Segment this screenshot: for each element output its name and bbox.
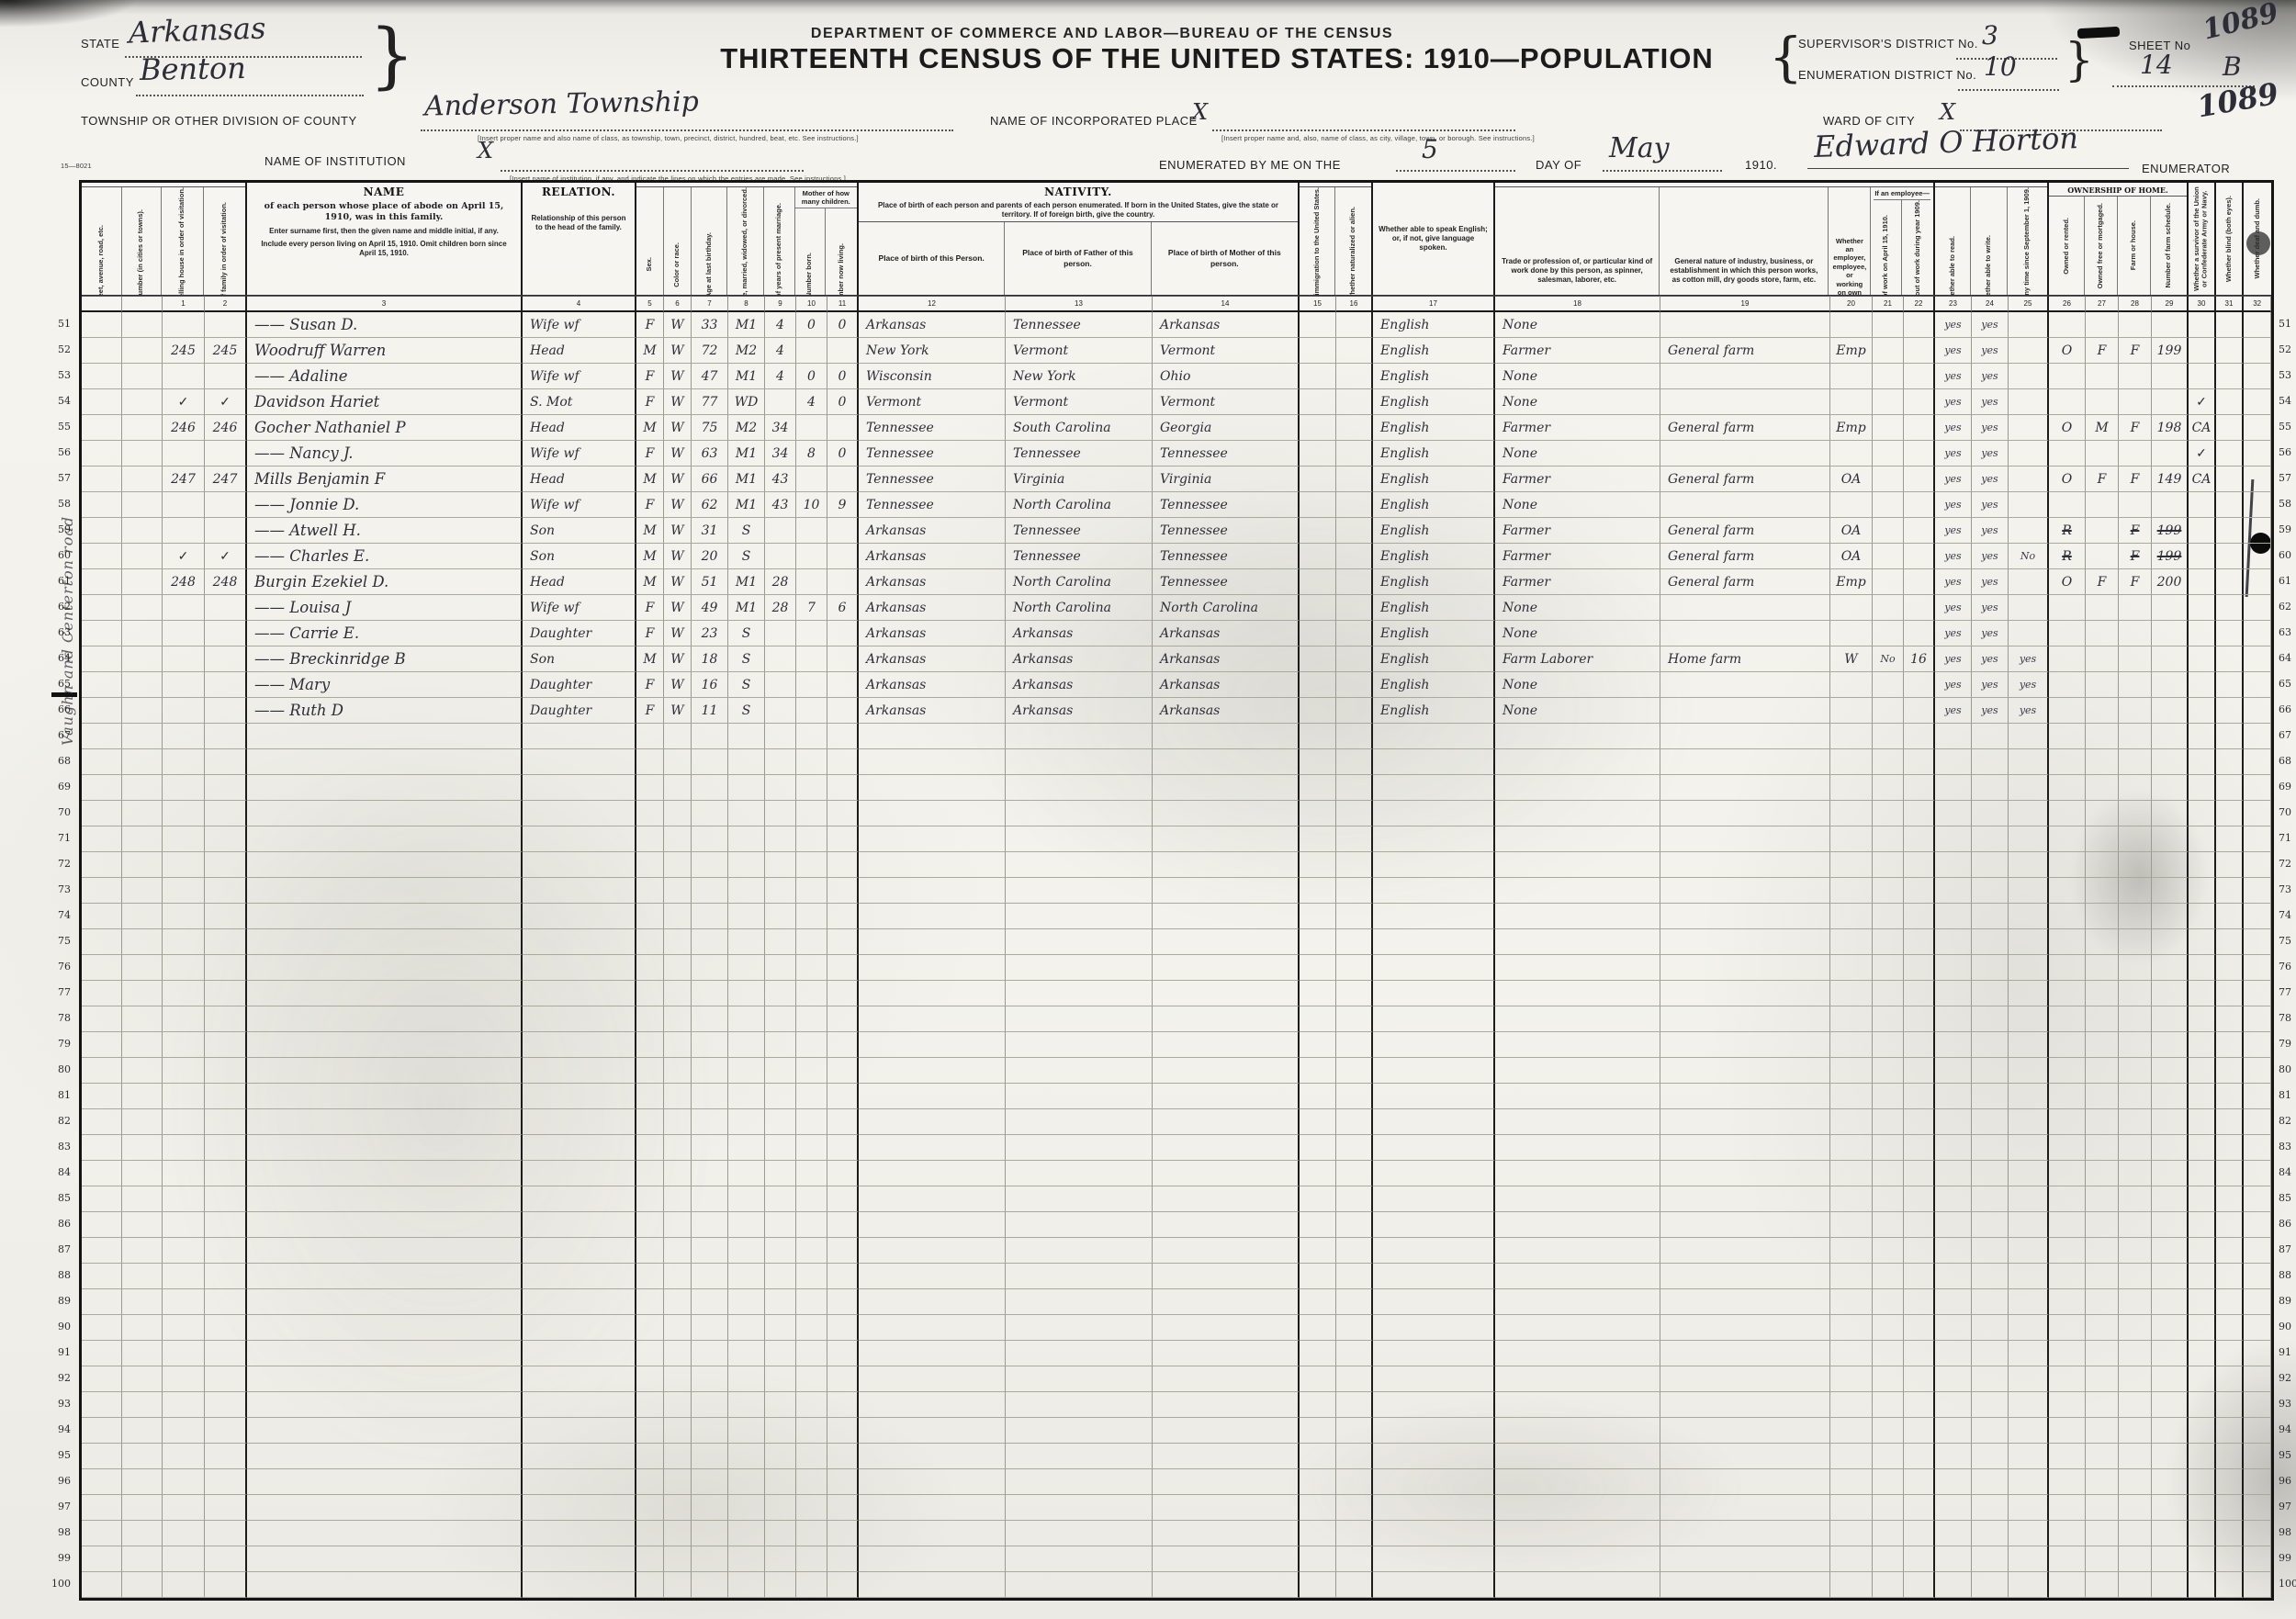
cell-dwelling	[163, 518, 205, 544]
sheet-number-value: 14	[2140, 50, 2173, 80]
cell-free	[2086, 1341, 2119, 1366]
cell-years	[765, 544, 796, 569]
cell-family	[205, 1109, 247, 1135]
census-row-58: —— Jonnie D.Wife wfFW62M143109TennesseeN…	[82, 492, 2271, 518]
census-row-62: —— Louisa JWife wfFW49M12876ArkansasNort…	[82, 595, 2271, 621]
cell-read	[1935, 1186, 1972, 1212]
cell-immig	[1300, 929, 1336, 955]
cell-write: yes	[1972, 312, 2009, 338]
cell-english	[1373, 1418, 1495, 1444]
cell-age	[692, 1186, 728, 1212]
cell-color	[664, 826, 692, 852]
cell-schedule	[2152, 1006, 2189, 1032]
cell-born	[796, 698, 827, 724]
cell-schedule	[2152, 1109, 2189, 1135]
cell-read: yes	[1935, 312, 1972, 338]
cell-color	[664, 1186, 692, 1212]
column-number: 21	[1873, 296, 1904, 312]
cell-years	[765, 1341, 796, 1366]
line-number: 77	[48, 980, 73, 1006]
cell-employer	[1830, 1341, 1873, 1366]
cell-street	[82, 672, 122, 698]
cell-employer	[1830, 672, 1873, 698]
cell-dwelling	[163, 1058, 205, 1084]
cell-house	[122, 775, 163, 801]
cell-marital	[728, 1135, 765, 1161]
cell-farm	[2119, 492, 2152, 518]
cell-owned	[2049, 1186, 2086, 1212]
cell-mob: Tennessee	[1153, 544, 1300, 569]
cell-english	[1373, 1521, 1495, 1546]
cell-blind	[2216, 518, 2244, 544]
cell-industry	[1660, 364, 1830, 389]
cell-relation	[523, 724, 636, 749]
name-desc-1: of each person whose place of abode on A…	[247, 199, 521, 225]
cell-weeks	[1904, 1495, 1935, 1521]
cell-write: yes	[1972, 338, 2009, 364]
cell-fob	[1006, 1084, 1153, 1109]
cell-pob	[859, 1212, 1006, 1238]
cell-natur	[1336, 621, 1373, 646]
cell-survivor	[2189, 1212, 2216, 1238]
cell-free	[2086, 904, 2119, 929]
enumeration-district-value: 10	[1984, 51, 2017, 82]
cell-marital: M1	[728, 492, 765, 518]
cell-color: W	[664, 364, 692, 389]
cell-pob	[859, 1444, 1006, 1469]
cell-years	[765, 1366, 796, 1392]
column-number: 10	[796, 296, 827, 312]
cell-english	[1373, 878, 1495, 904]
cell-name: —— Jonnie D.	[247, 492, 523, 518]
cell-pob	[859, 826, 1006, 852]
cell-farm	[2119, 1546, 2152, 1572]
cell-farm	[2119, 672, 2152, 698]
cell-owned	[2049, 1109, 2086, 1135]
cell-free	[2086, 981, 2119, 1006]
line-number: 69	[2276, 774, 2296, 800]
col-children-born-header: Number born.	[805, 253, 814, 295]
cell-deaf	[2244, 1289, 2271, 1315]
census-row-94	[82, 1418, 2271, 1444]
cell-street	[82, 1135, 122, 1161]
cell-years	[765, 801, 796, 826]
cell-read: yes	[1935, 389, 1972, 415]
cell-born	[796, 1444, 827, 1469]
cell-school	[2009, 826, 2049, 852]
cell-natur	[1336, 1006, 1373, 1032]
cell-age	[692, 929, 728, 955]
cell-industry	[1660, 1341, 1830, 1366]
cell-relation	[523, 852, 636, 878]
cell-free	[2086, 1546, 2119, 1572]
cell-blind	[2216, 801, 2244, 826]
cell-born	[796, 852, 827, 878]
cell-dwelling	[163, 826, 205, 852]
cell-deaf	[2244, 1341, 2271, 1366]
cell-years	[765, 1058, 796, 1084]
cell-employer	[1830, 1418, 1873, 1444]
cell-street	[82, 1238, 122, 1264]
cell-industry: General farm	[1660, 544, 1830, 569]
cell-relation	[523, 1109, 636, 1135]
cell-survivor	[2189, 1264, 2216, 1289]
cell-color	[664, 1109, 692, 1135]
cell-industry	[1660, 955, 1830, 981]
census-row-69	[82, 775, 2271, 801]
cell-years	[765, 1135, 796, 1161]
cell-weeks	[1904, 1058, 1935, 1084]
cell-free: F	[2086, 569, 2119, 595]
cell-name: —— Louisa J	[247, 595, 523, 621]
cell-survivor	[2189, 338, 2216, 364]
cell-color	[664, 1161, 692, 1186]
cell-school	[2009, 1186, 2049, 1212]
cell-years	[765, 929, 796, 955]
cell-marital: S	[728, 698, 765, 724]
cell-owned	[2049, 749, 2086, 775]
cell-years	[765, 1546, 796, 1572]
cell-age: 63	[692, 441, 728, 467]
cell-living	[827, 1161, 859, 1186]
census-row-79	[82, 1032, 2271, 1058]
cell-farm	[2119, 441, 2152, 467]
cell-industry	[1660, 621, 1830, 646]
cell-owned	[2049, 364, 2086, 389]
cell-write	[1972, 1418, 2009, 1444]
cell-survivor	[2189, 1161, 2216, 1186]
cell-relation	[523, 801, 636, 826]
line-number: 68	[2276, 748, 2296, 774]
cell-relation	[523, 1366, 636, 1392]
column-number: 8	[728, 296, 765, 312]
cell-age: 20	[692, 544, 728, 569]
cell-outwork	[1873, 1109, 1904, 1135]
cell-born	[796, 749, 827, 775]
cell-born: 10	[796, 492, 827, 518]
cell-street	[82, 1495, 122, 1521]
line-number: 89	[2276, 1288, 2296, 1314]
cell-marital: M2	[728, 338, 765, 364]
cell-write	[1972, 1546, 2009, 1572]
cell-outwork	[1873, 852, 1904, 878]
cell-immig	[1300, 698, 1336, 724]
cell-dwelling	[163, 904, 205, 929]
census-row-57: 247247Mills Benjamin FHeadMW66M143Tennes…	[82, 467, 2271, 492]
cell-street	[82, 1572, 122, 1598]
cell-trade	[1495, 1058, 1660, 1084]
cell-deaf	[2244, 1546, 2271, 1572]
cell-immig	[1300, 749, 1336, 775]
cell-marital	[728, 1418, 765, 1444]
line-number: 98	[2276, 1520, 2296, 1546]
cell-owned	[2049, 595, 2086, 621]
cell-marital: S	[728, 544, 765, 569]
line-number: 61	[2276, 568, 2296, 594]
cell-employer	[1830, 1161, 1873, 1186]
cell-employer	[1830, 1238, 1873, 1264]
cell-blind	[2216, 1495, 2244, 1521]
cell-trade	[1495, 1469, 1660, 1495]
cell-dwelling	[163, 1212, 205, 1238]
cell-mob	[1153, 1444, 1300, 1469]
cell-english: English	[1373, 595, 1495, 621]
cell-outwork	[1873, 569, 1904, 595]
cell-natur	[1336, 724, 1373, 749]
cell-street	[82, 569, 122, 595]
cell-school	[2009, 338, 2049, 364]
cell-house	[122, 1392, 163, 1418]
cell-years	[765, 1212, 796, 1238]
cell-free	[2086, 698, 2119, 724]
column-number: 18	[1495, 296, 1660, 312]
cell-marital	[728, 775, 765, 801]
cell-free	[2086, 1315, 2119, 1341]
cell-employer	[1830, 595, 1873, 621]
cell-deaf	[2244, 621, 2271, 646]
cell-mob: Georgia	[1153, 415, 1300, 441]
cell-house	[122, 1546, 163, 1572]
cell-weeks	[1904, 904, 1935, 929]
cell-trade	[1495, 1289, 1660, 1315]
cell-employer	[1830, 1186, 1873, 1212]
cell-dwelling	[163, 1161, 205, 1186]
cell-age	[692, 852, 728, 878]
line-number: 92	[48, 1366, 73, 1391]
cell-age	[692, 981, 728, 1006]
cell-fob	[1006, 1006, 1153, 1032]
cell-name	[247, 981, 523, 1006]
cell-mob	[1153, 1418, 1300, 1444]
cell-industry	[1660, 1289, 1830, 1315]
cell-weeks	[1904, 878, 1935, 904]
census-row-77	[82, 981, 2271, 1006]
cell-blind	[2216, 1238, 2244, 1264]
census-row-83	[82, 1135, 2271, 1161]
cell-color: W	[664, 544, 692, 569]
cell-street	[82, 1161, 122, 1186]
cell-born	[796, 775, 827, 801]
cell-owned	[2049, 1084, 2086, 1109]
cell-living	[827, 1546, 859, 1572]
cell-english: English	[1373, 569, 1495, 595]
cell-school	[2009, 1392, 2049, 1418]
cell-industry	[1660, 1186, 1830, 1212]
cell-blind	[2216, 1572, 2244, 1598]
cell-school	[2009, 1006, 2049, 1032]
institution-fill-line	[501, 169, 804, 172]
cell-free	[2086, 1084, 2119, 1109]
cell-survivor	[2189, 1392, 2216, 1418]
cell-born	[796, 467, 827, 492]
cell-relation	[523, 1032, 636, 1058]
cell-employer	[1830, 1546, 1873, 1572]
cell-trade: None	[1495, 698, 1660, 724]
cell-school	[2009, 1161, 2049, 1186]
cell-pob: Arkansas	[859, 698, 1006, 724]
cell-write	[1972, 749, 2009, 775]
cell-name	[247, 1341, 523, 1366]
census-row-87	[82, 1238, 2271, 1264]
cell-fob	[1006, 1135, 1153, 1161]
line-number: 62	[48, 594, 73, 620]
mother-children-header: Mother of how many children.	[795, 187, 857, 208]
cell-dwelling: 246	[163, 415, 205, 441]
cell-write	[1972, 1444, 2009, 1469]
cell-born	[796, 1546, 827, 1572]
cell-house	[122, 1495, 163, 1521]
cell-free	[2086, 1264, 2119, 1289]
cell-schedule	[2152, 492, 2189, 518]
cell-owned	[2049, 1444, 2086, 1469]
cell-blind	[2216, 312, 2244, 338]
cell-industry	[1660, 724, 1830, 749]
cell-sex	[636, 1186, 664, 1212]
cell-relation: Son	[523, 646, 636, 672]
cell-schedule	[2152, 1212, 2189, 1238]
cell-color	[664, 1238, 692, 1264]
cell-pob	[859, 724, 1006, 749]
cell-born	[796, 904, 827, 929]
cell-farm	[2119, 955, 2152, 981]
cell-outwork	[1873, 389, 1904, 415]
day-of-label: DAY OF	[1536, 158, 1581, 172]
cell-outwork	[1873, 492, 1904, 518]
cell-free	[2086, 775, 2119, 801]
citizenship-group-header: CITIZENSHIP. Year of immigration to the …	[1300, 183, 1373, 295]
cell-street	[82, 595, 122, 621]
line-number: 93	[2276, 1391, 2296, 1417]
cell-marital	[728, 904, 765, 929]
column-number: 13	[1006, 296, 1153, 312]
cell-living	[827, 415, 859, 441]
cell-fob	[1006, 1444, 1153, 1469]
line-number: 89	[48, 1288, 73, 1314]
census-row-61: 248248Burgin Ezekiel D.HeadMW51M128Arkan…	[82, 569, 2271, 595]
cell-mob	[1153, 929, 1300, 955]
cell-street	[82, 467, 122, 492]
cell-color: W	[664, 518, 692, 544]
cell-employer	[1830, 878, 1873, 904]
cell-outwork	[1873, 1006, 1904, 1032]
cell-pob	[859, 1469, 1006, 1495]
cell-living	[827, 826, 859, 852]
cell-dwelling: 247	[163, 467, 205, 492]
cell-marital	[728, 1289, 765, 1315]
cell-blind	[2216, 389, 2244, 415]
cell-farm	[2119, 1392, 2152, 1418]
cell-relation: Wife wf	[523, 492, 636, 518]
cell-outwork	[1873, 1032, 1904, 1058]
cell-schedule	[2152, 389, 2189, 415]
census-row-71	[82, 826, 2271, 852]
cell-english: English	[1373, 646, 1495, 672]
cell-mob	[1153, 1572, 1300, 1598]
cell-years: 34	[765, 441, 796, 467]
cell-street	[82, 415, 122, 441]
census-row-80	[82, 1058, 2271, 1084]
line-number: 87	[2276, 1237, 2296, 1263]
cell-sex	[636, 878, 664, 904]
cell-school	[2009, 929, 2049, 955]
cell-trade	[1495, 1186, 1660, 1212]
cell-immig	[1300, 1006, 1336, 1032]
cell-age	[692, 724, 728, 749]
cell-fob	[1006, 1521, 1153, 1546]
cell-born	[796, 1238, 827, 1264]
cell-fob	[1006, 1546, 1153, 1572]
cell-free	[2086, 1058, 2119, 1084]
cell-sex: M	[636, 544, 664, 569]
cell-living	[827, 904, 859, 929]
cell-immig	[1300, 775, 1336, 801]
cell-industry	[1660, 389, 1830, 415]
cell-years	[765, 826, 796, 852]
cell-sex: F	[636, 621, 664, 646]
cell-house	[122, 878, 163, 904]
cell-blind	[2216, 1469, 2244, 1495]
cell-write	[1972, 1058, 2009, 1084]
cell-relation	[523, 1392, 636, 1418]
cell-living	[827, 749, 859, 775]
cell-street	[82, 441, 122, 467]
cell-read	[1935, 775, 1972, 801]
nativity-desc: Place of birth of each person and parent…	[859, 199, 1298, 221]
cell-weeks	[1904, 1469, 1935, 1495]
cell-employer	[1830, 1109, 1873, 1135]
cell-natur	[1336, 1341, 1373, 1366]
cell-owned	[2049, 621, 2086, 646]
cell-weeks	[1904, 1444, 1935, 1469]
cell-pob	[859, 1109, 1006, 1135]
cell-free	[2086, 929, 2119, 955]
cell-house	[122, 852, 163, 878]
cell-born	[796, 1495, 827, 1521]
cell-english: English	[1373, 621, 1495, 646]
cell-english: English	[1373, 518, 1495, 544]
cell-blind	[2216, 775, 2244, 801]
cell-read	[1935, 1006, 1972, 1032]
cell-owned	[2049, 1264, 2086, 1289]
cell-street	[82, 1546, 122, 1572]
col-birthplace-mother-header: Place of birth of Mother of this person.	[1152, 222, 1298, 295]
cell-marital	[728, 1058, 765, 1084]
cell-fob	[1006, 878, 1153, 904]
col-years-married-header: Number of years of present marriage.	[775, 203, 783, 295]
cell-farm	[2119, 646, 2152, 672]
cell-deaf	[2244, 749, 2271, 775]
cell-sex: F	[636, 698, 664, 724]
cell-pob: Arkansas	[859, 595, 1006, 621]
cell-deaf	[2244, 1366, 2271, 1392]
cell-street	[82, 775, 122, 801]
cell-deaf	[2244, 415, 2271, 441]
line-number: 58	[2276, 491, 2296, 517]
cell-born: 0	[796, 312, 827, 338]
cell-schedule	[2152, 1495, 2189, 1521]
cell-weeks	[1904, 1366, 1935, 1392]
cell-street	[82, 1444, 122, 1469]
cell-write	[1972, 1161, 2009, 1186]
cell-years: 34	[765, 415, 796, 441]
cell-marital	[728, 1032, 765, 1058]
cell-family	[205, 1186, 247, 1212]
cell-family	[205, 698, 247, 724]
cell-owned	[2049, 1341, 2086, 1366]
cell-mob: Arkansas	[1153, 646, 1300, 672]
cell-owned	[2049, 1161, 2086, 1186]
cell-name	[247, 749, 523, 775]
